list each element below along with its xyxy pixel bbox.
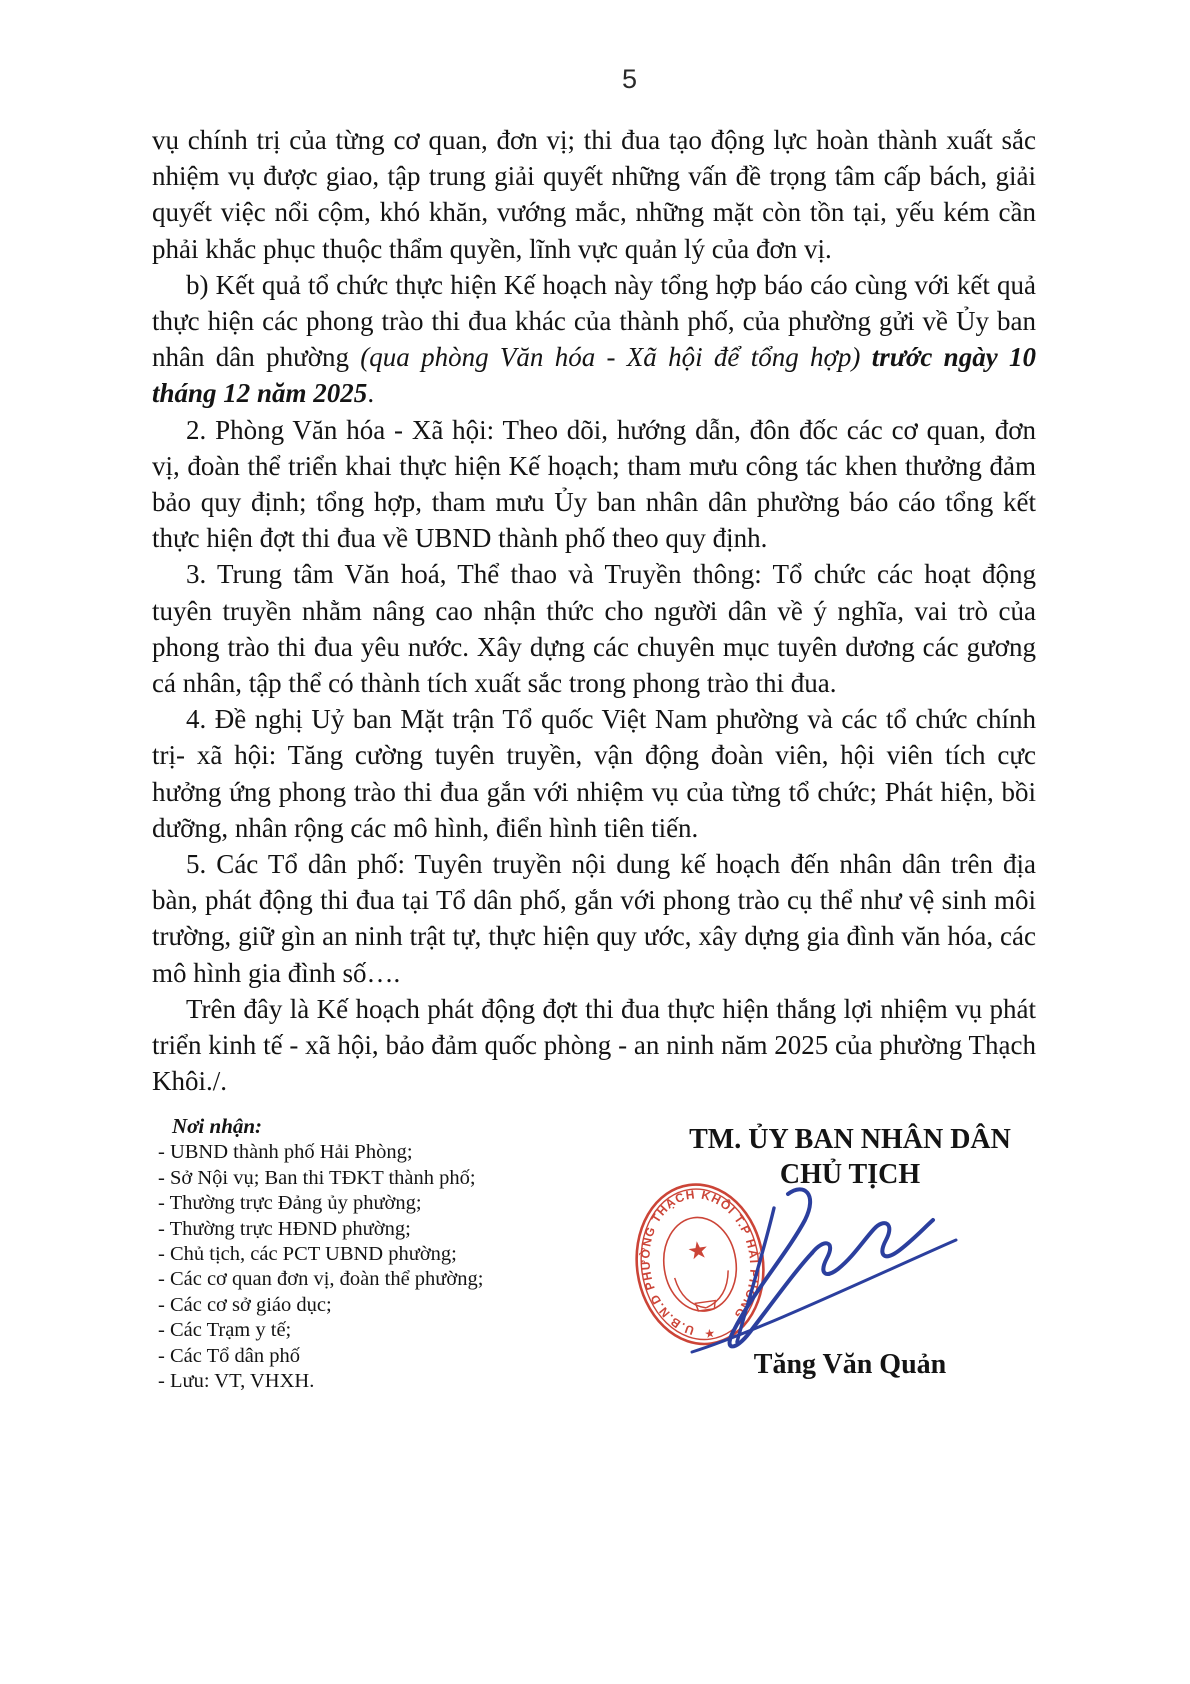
signer-name: Tăng Văn Quản: [655, 1349, 1045, 1381]
page-number: 5: [622, 64, 638, 95]
recipient-item: - Các cơ sở giáo dục;: [158, 1293, 588, 1318]
recipient-item: - Các cơ quan đơn vị, đoàn thể phường;: [158, 1267, 588, 1292]
recipients-block: Nơi nhận: - UBND thành phố Hải Phòng; - …: [158, 1114, 588, 1394]
signature-icon: [676, 1180, 968, 1366]
document-page: 5 vụ chính trị của từng cơ quan, đơn vị;…: [0, 0, 1190, 1684]
recipient-item: - Các Trạm y tế;: [158, 1318, 588, 1343]
paragraph: 3. Trung tâm Văn hoá, Thể thao và Truyền…: [152, 556, 1036, 701]
recipient-item: - Lưu: VT, VHXH.: [158, 1369, 588, 1394]
recipient-item: - Thường trực Đảng ủy phường;: [158, 1191, 588, 1216]
document-body: vụ chính trị của từng cơ quan, đơn vị; t…: [152, 122, 1036, 1099]
recipient-item: - UBND thành phố Hải Phòng;: [158, 1140, 588, 1165]
paragraph: b) Kết quả tổ chức thực hiện Kế hoạch nà…: [152, 267, 1036, 412]
signing-authority: TM. ỦY BAN NHÂN DÂN: [655, 1122, 1045, 1157]
paragraph: 5. Các Tổ dân phố: Tuyên truyền nội dung…: [152, 846, 1036, 991]
paragraph: vụ chính trị của từng cơ quan, đơn vị; t…: [152, 122, 1036, 267]
paragraph: 2. Phòng Văn hóa - Xã hội: Theo dõi, hướ…: [152, 412, 1036, 557]
paragraph: 4. Đề nghị Uỷ ban Mặt trận Tổ quốc Việt …: [152, 701, 1036, 846]
paragraph: Trên đây là Kế hoạch phát động đợt thi đ…: [152, 991, 1036, 1100]
recipient-item: - Thường trực HĐND phường;: [158, 1217, 588, 1242]
recipient-item: - Các Tổ dân phố: [158, 1344, 588, 1369]
recipients-header: Nơi nhận:: [172, 1114, 588, 1139]
paragraph-run-italic: (qua phòng Văn hóa - Xã hội để tổng hợp): [360, 342, 871, 372]
recipient-item: - Sở Nội vụ; Ban thi TĐKT thành phố;: [158, 1166, 588, 1191]
recipient-item: - Chủ tịch, các PCT UBND phường;: [158, 1242, 588, 1267]
paragraph-run: .: [367, 378, 374, 408]
